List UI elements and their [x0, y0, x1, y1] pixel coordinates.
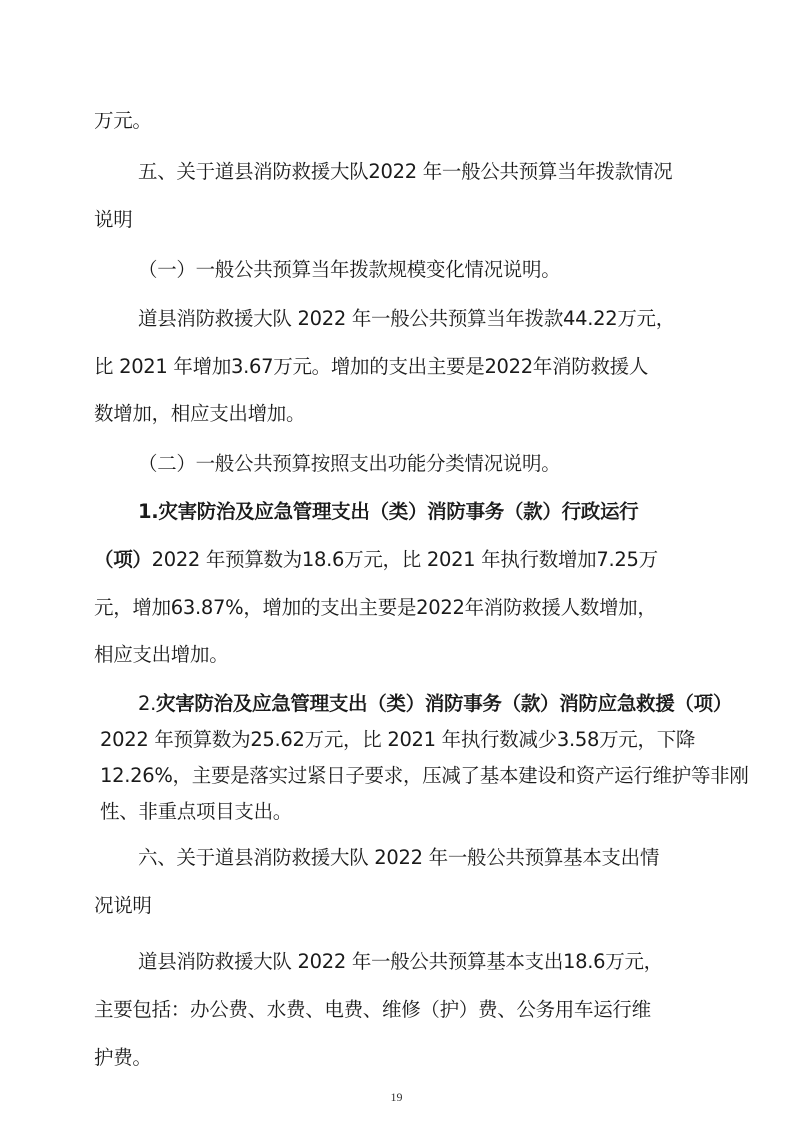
section-heading-5: 五、关于道县消防救援大队2022 年一般公共预算当年拨款情况 — [138, 160, 672, 184]
document-page: 万元。 五、关于道县消防救援大队2022 年一般公共预算当年拨款情况 说明 （一… — [0, 0, 793, 1122]
item-1-text: 2022 年预算数为18.6万元，比 2021 年执行数增加7.25万 — [152, 548, 658, 571]
section-heading-5-cont: 说明 — [94, 208, 132, 232]
paragraph-line: 护费。 — [94, 1046, 152, 1070]
item-1-heading: 1.灾害防治及应急管理支出（类）消防事务（款）行政运行 — [138, 500, 638, 524]
paragraph-line: 主要包括：办公费、水费、电费、维修（护）费、公务用车运行维 — [94, 998, 651, 1022]
subsection-heading-1: （一）一般公共预算当年拨款规模变化情况说明。 — [138, 258, 560, 282]
paragraph-line: 性、非重点项目支出。 — [100, 800, 292, 824]
item-1-heading-tail: （项） — [94, 548, 152, 571]
paragraph-line: 万元。 — [94, 109, 152, 133]
item-2-heading: 2.灾害防治及应急管理支出（类）消防事务（款）消防应急救援（项） — [138, 692, 732, 716]
paragraph-line: 相应支出增加。 — [94, 643, 228, 667]
item-2-heading-text: 灾害防治及应急管理支出（类）消防事务（款）消防应急救援（项） — [156, 692, 732, 715]
paragraph-line: 12.26%，主要是落实过紧日子要求，压减了基本建设和资产运行维护等非刚 — [100, 764, 749, 788]
item-1-line: （项）2022 年预算数为18.6万元，比 2021 年执行数增加7.25万 — [94, 548, 658, 572]
item-2-number: 2. — [138, 692, 156, 715]
page-number: 19 — [0, 1090, 793, 1105]
paragraph-line: 元，增加63.87%，增加的支出主要是2022年消防救援人数增加， — [94, 596, 657, 620]
paragraph-line: 数增加，相应支出增加。 — [94, 402, 305, 426]
paragraph-line: 道县消防救援大队 2022 年一般公共预算基本支出18.6万元， — [138, 950, 663, 974]
subsection-heading-2: （二）一般公共预算按照支出功能分类情况说明。 — [138, 452, 560, 476]
paragraph-line: 道县消防救援大队 2022 年一般公共预算当年拨款44.22万元， — [138, 307, 675, 331]
section-heading-6: 六、关于道县消防救援大队 2022 年一般公共预算基本支出情 — [138, 846, 659, 870]
paragraph-line: 2022 年预算数为25.62万元，比 2021 年执行数减少3.58万元，下降 — [100, 728, 695, 752]
section-heading-6-cont: 况说明 — [94, 894, 152, 918]
paragraph-line: 比 2021 年增加3.67万元。增加的支出主要是2022年消防救援人 — [94, 355, 648, 379]
